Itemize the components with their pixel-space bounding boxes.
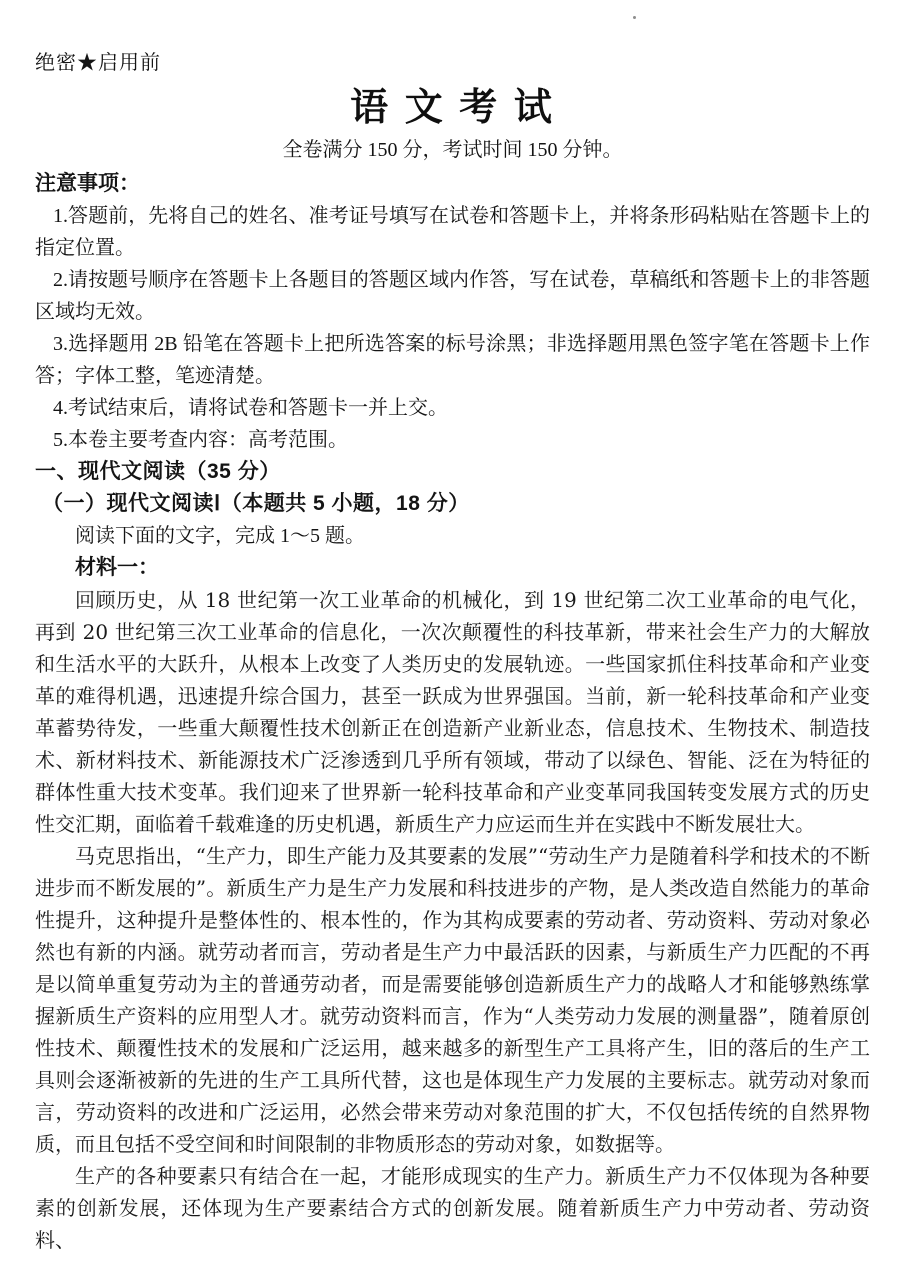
material-paragraph-3: 生产的各种要素只有结合在一起，才能形成现实的生产力。新质生产力不仅体现为各种要素… xyxy=(35,1160,870,1256)
reading-instruction: 阅读下面的文字，完成 1～5 题。 xyxy=(35,520,870,552)
notice-item-4: 4.考试结束后，请将试卷和答题卡一并上交。 xyxy=(35,392,870,424)
notice-item-2: 2.请按题号顺序在答题卡上各题目的答题区域内作答，写在试卷，草稿纸和答题卡上的非… xyxy=(35,264,870,328)
exam-paper-page: 绝密★启用前 语 文 考 试 全卷满分 150 分，考试时间 150 分钟。 注… xyxy=(0,0,900,1288)
material-paragraph-1: 回顾历史，从 18 世纪第一次工业革命的机械化，到 19 世纪第二次工业革命的电… xyxy=(35,584,870,840)
section-title-modern-reading: 一、现代文阅读（35 分） xyxy=(35,456,870,488)
material-one-label: 材料一： xyxy=(35,552,870,584)
notice-item-3: 3.选择题用 2B 铅笔在答题卡上把所选答案的标号涂黑；非选择题用黑色签字笔在答… xyxy=(35,328,870,392)
subsection-title-reading-1: （一）现代文阅读Ⅰ（本题共 5 小题，18 分） xyxy=(35,488,870,520)
page-title: 语 文 考 试 xyxy=(35,82,870,134)
exam-info-subtitle: 全卷满分 150 分，考试时间 150 分钟。 xyxy=(35,134,870,166)
classification-label: 绝密★启用前 xyxy=(35,50,870,76)
notice-item-1: 1.答题前，先将自己的姓名、准考证号填写在试卷和答题卡上，并将条形码粘贴在答题卡… xyxy=(35,200,870,264)
material-paragraph-2: 马克思指出，“生产力，即生产能力及其要素的发展”“劳动生产力是随着科学和技术的不… xyxy=(35,840,870,1160)
notice-heading: 注意事项： xyxy=(35,168,870,200)
scan-speck xyxy=(633,16,636,19)
notice-item-5: 5.本卷主要考查内容：高考范围。 xyxy=(35,424,870,456)
